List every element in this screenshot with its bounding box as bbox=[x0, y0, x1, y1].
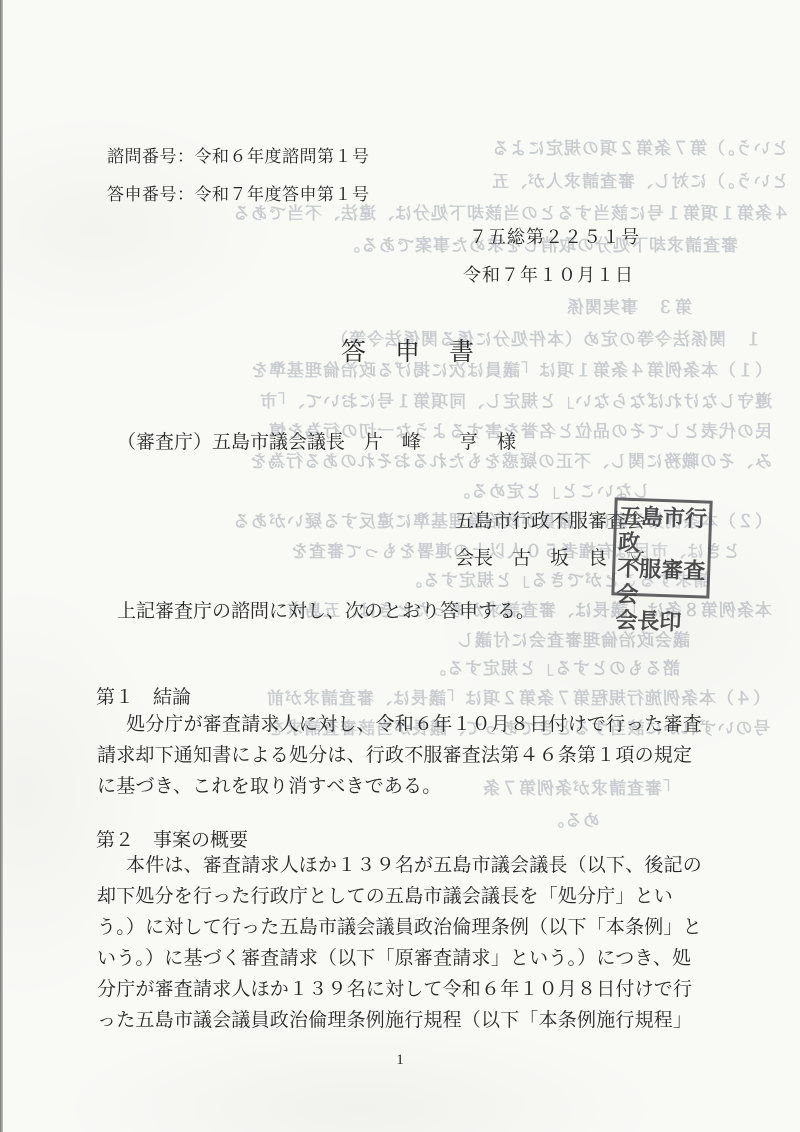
scanned-document-page: という。）第７条第２項の規定によるという。）に対し、審査請求人が、五４条第１項第… bbox=[0, 0, 800, 1132]
bleedthrough-line: 諮るものとする」と規定する。 bbox=[428, 654, 680, 679]
section1-body: 処分庁が審査請求人に対し、令和６年１０月８日付けで行った審査請求却下通知書による… bbox=[97, 709, 702, 802]
body-line: 本件は、審査請求人ほか１３９名が五島市議会議長（以下、後記の bbox=[97, 850, 702, 881]
consultation-number: 諮問番号：令和６年度諮問第１号 bbox=[107, 142, 370, 167]
body-line: 請求却下通知書による処分は、行政不服審査法第４６条第１項の規定 bbox=[97, 740, 702, 771]
intro-sentence: 上記審査庁の諮問に対し、次のとおり答申する。 bbox=[117, 596, 535, 623]
body-line: 却下処分を行った行政庁としての五島市議会議長を「処分庁」とい bbox=[97, 881, 702, 912]
bleedthrough-line: という。）第７条第２項の規定による bbox=[491, 134, 789, 159]
addressee-line: （審査庁）五島市議会議長 片 峰 亨 様 bbox=[117, 427, 516, 454]
bleedthrough-line: （１）本条例第４条第１項は「議員は次に掲げる政治倫理基準を bbox=[250, 356, 772, 381]
seal-text-row: 不服審査会 bbox=[616, 555, 706, 610]
document-title: 答 申 書 bbox=[341, 332, 476, 368]
body-line: 分庁が審査請求人ほか１３９名に対して令和６年１０月８日付けで行 bbox=[97, 974, 702, 1005]
section1-heading: 第１ 結論 bbox=[96, 682, 191, 709]
official-seal: 五島市行政不服審査会会長印 bbox=[611, 497, 712, 598]
section2-body: 本件は、審査請求人ほか１３９名が五島市議会議長（以下、後記の却下処分を行った行政… bbox=[97, 850, 702, 1036]
bleedthrough-line: 第３ 事実関係 bbox=[566, 293, 692, 318]
bleedthrough-line: 遵守しなければならない」と規定し、同項第１号において、「市 bbox=[259, 387, 772, 412]
bleedthrough-line: という。）に対し、審査請求人が、五 bbox=[491, 167, 789, 192]
seal-text-row: 五島市行政 bbox=[618, 503, 708, 558]
section2-heading: 第２ 事案の概要 bbox=[96, 825, 248, 852]
page-number: 1 bbox=[0, 1052, 800, 1069]
body-line: った五島市議会議員政治倫理条例施行規程（以下「本条例施行規程」 bbox=[97, 1005, 702, 1036]
body-line: 処分庁が審査請求人に対し、令和６年１０月８日付けで行った審査 bbox=[97, 709, 702, 740]
bleedthrough-line: める。 bbox=[546, 806, 600, 831]
document-date: 令和７年１０月１日 bbox=[463, 261, 634, 287]
body-line: う。）に対して行った五島市議会議員政治倫理条例（以下「本条例」と bbox=[97, 912, 702, 943]
document-number: ７五総第２２５１号 bbox=[469, 223, 640, 249]
body-line: いう。）に基づく審査請求（以下「原審査請求」という。）につき、処 bbox=[97, 943, 702, 974]
seal-text-row: 会長印 bbox=[615, 607, 704, 636]
report-number: 答申番号：令和７年度答申第１号 bbox=[107, 180, 370, 205]
bleedthrough-line: （４）本条例施行規程第７条第２項は「議長は、審査請求が前 bbox=[266, 684, 770, 709]
scan-edge-left bbox=[0, 0, 3, 1132]
body-line: に基づき、これを取り消すべきである。 bbox=[97, 771, 702, 802]
